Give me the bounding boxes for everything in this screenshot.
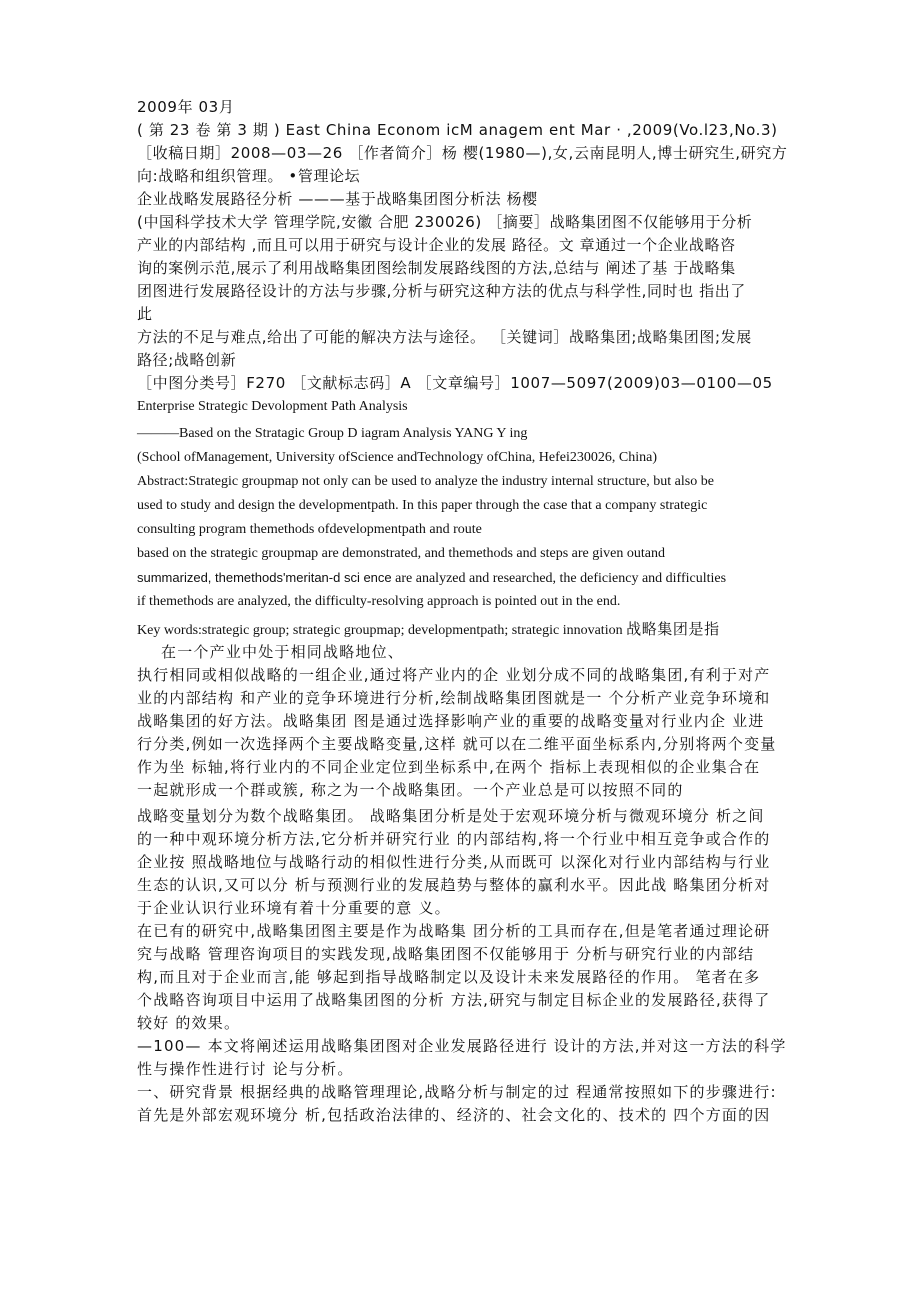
article-title-en: Enterprise Strategic Devolopment Path An… [137, 395, 785, 419]
body-line: 在一个产业中处于相同战略地位、 [137, 641, 785, 664]
body-line: 个战略咨询项目中运用了战略集团图的分析 方法,研究与制定目标企业的发展路径,获得… [137, 989, 785, 1012]
abstract-en-line: consulting program themethods ofdevelopm… [137, 518, 785, 542]
abstract-cn-line: (中国科学技术大学 管理学院,安徽 合肥 230026) ［摘要］战略集团图不仅… [137, 211, 785, 234]
abstract-cn-line: 团图进行发展路径设计的方法与步骤,分析与研究这种方法的优点与科学性,同时也 指出… [137, 280, 785, 303]
title-en-block: Enterprise Strategic Devolopment Path An… [137, 395, 785, 470]
abstract-en-sans-fragment: summarized, themethods'meritan-d sci enc… [137, 570, 392, 585]
abstract-en-fragment: are analyzed and researched, the deficie… [392, 571, 726, 586]
abstract-en-line: Abstract:Strategic groupmap not only can… [137, 470, 785, 494]
abstract-cn: (中国科学技术大学 管理学院,安徽 合肥 230026) ［摘要］战略集团图不仅… [137, 211, 785, 372]
keywords-en-text: Key words:strategic group; strategic gro… [137, 623, 626, 638]
section-heading-line: 一、研究背景 根据经典的战略管理理论,战略分析与制定的过 程通常按照如下的步骤进… [137, 1081, 785, 1104]
body-paragraph-1: 在一个产业中处于相同战略地位、 执行相同或相似战略的一组企业,通过将产业内的企 … [137, 641, 785, 802]
document-page: 2009年 03月 ( 第 23 卷 第 3 期 ) East China Ec… [137, 96, 785, 1127]
body-line: 行分类,例如一次选择两个主要战略变量,这样 就可以在二维平面坐标系内,分别将两个… [137, 733, 785, 756]
body-paragraph-2: 战略变量划分为数个战略集团。 战略集团分析是处于宏观环境分析与微观环境分 析之间… [137, 805, 785, 920]
abstract-cn-line: 方法的不足与难点,给出了可能的解决方法与途径。 ［关键词］战略集团;战略集团图;… [137, 326, 785, 349]
body-line: 业的内部结构 和产业的竞争环境进行分析,绘制战略集团图就是一 个分析产业竞争环境… [137, 687, 785, 710]
section-research-background: 一、研究背景 根据经典的战略管理理论,战略分析与制定的过 程通常按照如下的步骤进… [137, 1081, 785, 1127]
body-line: 在已有的研究中,战略集团图主要是作为战略集 团分析的工具而存在,但是笔者通过理论… [137, 920, 785, 943]
article-title-cn: 企业战略发展路径分析 ———基于战略集团图分析法 杨樱 [137, 188, 785, 211]
body-line: 性与操作性进行讨 论与分析。 [137, 1058, 785, 1081]
abstract-en-line: used to study and design the development… [137, 494, 785, 518]
keywords-en: Key words:strategic group; strategic gro… [137, 617, 785, 641]
body-paragraph-3: 在已有的研究中,战略集团图主要是作为战略集 团分析的工具而存在,但是笔者通过理论… [137, 920, 785, 1035]
received-info-line-2: 向:战略和组织管理。 •管理论坛 [137, 165, 785, 188]
abstract-en-line: based on the strategic groupmap are demo… [137, 542, 785, 566]
body-line: —100— 本文将阐述运用战略集团图对企业发展路径进行 设计的方法,并对这一方法… [137, 1035, 785, 1058]
body-line: 作为坐 标轴,将行业内的不同企业定位到坐标系中,在两个 指标上表现相似的企业集合… [137, 756, 785, 779]
keywords-cn-tail: 战略集团是指 [626, 620, 720, 638]
body-paragraph-4: —100— 本文将阐述运用战略集团图对企业发展路径进行 设计的方法,并对这一方法… [137, 1035, 785, 1081]
classification-codes: ［中图分类号］F270 ［文献标志码］A ［文章编号］1007—5097(200… [137, 372, 785, 395]
body-line: 构,而且对于企业而言,能 够起到指导战略制定以及设计未来发展路径的作用。 笔者在… [137, 966, 785, 989]
abstract-cn-line: 询的案例示范,展示了利用战略集团图绘制发展路线图的方法,总结与 阐述了基 于战略… [137, 257, 785, 280]
body-line: 的一种中观环境分析方法,它分析并研究行业 的内部结构,将一个行业中相互竞争或合作… [137, 828, 785, 851]
abstract-cn-line: 此 [137, 303, 785, 326]
body-line: 一起就形成一个群或簇, 称之为一个战略集团。一个产业总是可以按照不同的 [137, 779, 785, 802]
article-subtitle-en: ———Based on the Stratagic Group D iagram… [137, 422, 785, 446]
body-line: 企业按 照战略地位与战略行动的相似性进行分类,从而既可 以深化对行业内部结构与行… [137, 851, 785, 874]
received-info-line-1: ［收稿日期］2008—03—26 ［作者简介］杨 樱(1980—),女,云南昆明… [137, 142, 785, 165]
body-line: 战略变量划分为数个战略集团。 战略集团分析是处于宏观环境分析与微观环境分 析之间 [137, 805, 785, 828]
journal-header: 2009年 03月 ( 第 23 卷 第 3 期 ) East China Ec… [137, 96, 785, 188]
body-line: 战略集团的好方法。战略集团 图是通过选择影响产业的重要的战略变量对行业内企 业进 [137, 710, 785, 733]
body-line: 执行相同或相似战略的一组企业,通过将产业内的企 业划分成不同的战略集团,有利于对… [137, 664, 785, 687]
body-line: 首先是外部宏观环境分 析,包括政治法律的、经济的、社会文化的、技术的 四个方面的… [137, 1104, 785, 1127]
body-line: 生态的认识,又可以分 析与预测行业的发展趋势与整体的赢利水平。因此战 略集团分析… [137, 874, 785, 897]
abstract-cn-line: 产业的内部结构 ,而且可以用于研究与设计企业的发展 路径。文 章通过一个企业战略… [137, 234, 785, 257]
abstract-en-line: summarized, themethods'meritan-d sci enc… [137, 566, 785, 590]
body-line: 究与战略 管理咨询项目的实践发现,战略集团图不仅能够用于 分析与研究行业的内部结 [137, 943, 785, 966]
body-line: 于企业认识行业环境有着十分重要的意 义。 [137, 897, 785, 920]
journal-citation: ( 第 23 卷 第 3 期 ) East China Econom icM a… [137, 119, 785, 142]
issue-date: 2009年 03月 [137, 96, 785, 119]
keywords-cn-line: 路径;战略创新 [137, 349, 785, 372]
body-line: 较好 的效果。 [137, 1012, 785, 1035]
abstract-en-line: if themethods are analyzed, the difficul… [137, 590, 785, 614]
affiliation-en: (School ofManagement, University ofScien… [137, 446, 785, 470]
abstract-en: Abstract:Strategic groupmap not only can… [137, 470, 785, 641]
